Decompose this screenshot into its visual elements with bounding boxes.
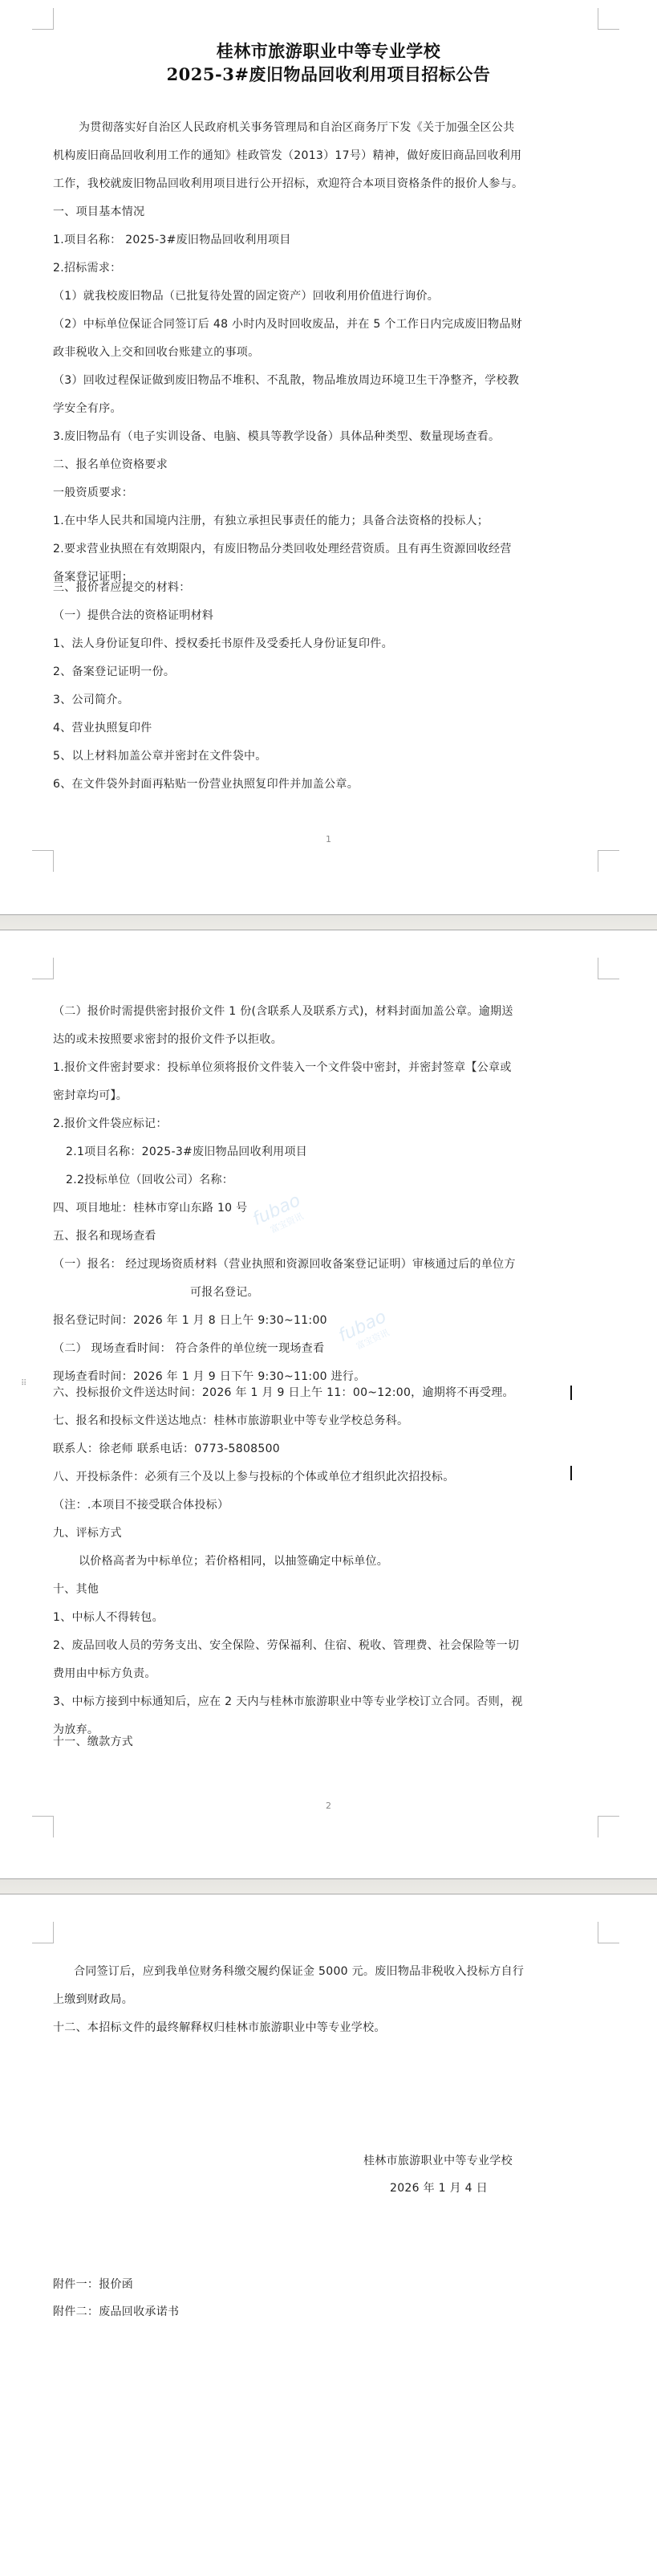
page-corner-mark xyxy=(598,1922,619,1943)
page-separator xyxy=(0,914,657,930)
page-corner-mark xyxy=(598,850,619,872)
section-heading: 一、项目基本情况 xyxy=(53,204,598,220)
paragraph: 政非税收入上交和回收台账建立的事项。 xyxy=(53,344,598,360)
paragraph: 学安全有序。 xyxy=(53,401,598,417)
contact-info: 联系人：徐老师 联系电话：0773-5808500 xyxy=(53,1441,598,1457)
list-item: 1、法人身份证复印件、授权委托书原件及受委托人身份证复印件。 xyxy=(53,636,598,652)
list-item: 6、在文件袋外封面再粘贴一份营业执照复印件并加盖公章。 xyxy=(53,776,598,792)
list-item: 4、营业执照复印件 xyxy=(53,720,598,736)
paragraph: 密封章均可】。 xyxy=(53,1088,598,1104)
paragraph: （一）报名： 经过现场资质材料（营业执照和资源回收备案登记证明）审核通过后的单位… xyxy=(53,1256,598,1272)
list-item: 1、中标人不得转包。 xyxy=(53,1609,598,1626)
page-number: 2 xyxy=(0,1801,657,1811)
list-item: 3、公司简介。 xyxy=(53,692,598,708)
paragraph: 上缴到财政局。 xyxy=(53,1992,598,2008)
site-visit-time: 现场查看时间：2026 年 1 月 9 日下午 9:30~11:00 进行。 xyxy=(53,1369,598,1385)
document-title-line-1: 桂林市旅游职业中等专业学校 xyxy=(0,40,657,63)
paragraph: 2.要求营业执照在有效期限内，有废旧物品分类回收处理经营资质。且有再生资源回收经… xyxy=(53,541,598,557)
paragraph: 1.项目名称： 2025-3#废旧物品回收利用项目 xyxy=(53,232,598,248)
page-separator xyxy=(0,1878,657,1894)
list-item: 费用由中标方负责。 xyxy=(53,1666,598,1682)
signature-org: 桂林市旅游职业中等专业学校 xyxy=(363,2153,572,2169)
section-heading: 六、投标报价文件送达时间：2026 年 1 月 9 日上午 11：00~12:0… xyxy=(53,1385,598,1401)
page-corner-mark xyxy=(32,958,54,979)
list-item: 2、备案登记证明一份。 xyxy=(53,664,598,680)
section-heading: 五、报名和现场查看 xyxy=(53,1228,598,1244)
page-corner-mark xyxy=(598,8,619,30)
paragraph: 以价格高者为中标单位；若价格相同，以抽签确定中标单位。 xyxy=(79,1553,624,1569)
paragraph: （二） 现场查看时间： 符合条件的单位统一现场查看 xyxy=(53,1341,598,1357)
paragraph: （1）就我校废旧物品（已批复待处置的固定资产）回收利用价值进行询价。 xyxy=(53,288,598,304)
paragraph: 合同签订后，应到我单位财务科缴交履约保证金 5000 元。废旧物品非税收入投标方… xyxy=(74,1964,619,1980)
intro-paragraph: 工作，我校就废旧物品回收利用项目进行公开招标，欢迎符合本项目资格条件的报价人参与… xyxy=(53,176,598,192)
page-corner-mark xyxy=(32,1816,54,1837)
paragraph: （二）报价时需提供密封报价文件 1 份(含联系人及联系方式)，材料封面加盖公章。… xyxy=(53,1003,598,1019)
section-heading: 七、报名和投标文件送达地点：桂林市旅游职业中等专业学校总务科。 xyxy=(53,1413,598,1429)
page-corner-mark xyxy=(32,850,54,872)
section-heading: 八、开投标条件：必须有三个及以上参与投标的个体或单位才组织此次招投标。 xyxy=(53,1469,598,1485)
signature-date: 2026 年 1 月 4 日 xyxy=(390,2180,550,2196)
page-corner-mark xyxy=(32,8,54,30)
page-3: 合同签订后，应到我单位财务科缴交履约保证金 5000 元。废旧物品非税收入投标方… xyxy=(0,1894,657,2576)
section-heading: 二、报名单位资格要求 xyxy=(53,457,598,473)
attachment-1: 附件一：报价函 xyxy=(53,2277,598,2293)
text-cursor xyxy=(570,1386,572,1400)
paragraph: （3）回收过程保证做到废旧物品不堆积、不乱散，物品堆放周边环境卫生干净整齐，学校… xyxy=(53,372,598,389)
section-heading: 十、其他 xyxy=(53,1581,598,1597)
document-title-line-2: 2025-3#废旧物品回收利用项目招标公告 xyxy=(0,63,657,86)
page-corner-mark xyxy=(32,1922,54,1943)
paragraph: 2.报价文件袋应标记： xyxy=(53,1116,598,1132)
list-item: 5、以上材料加盖公章并密封在文件袋中。 xyxy=(53,748,598,764)
intro-paragraph: 机构废旧商品回收利用工作的通知》桂政管发（2013）17号）精神，做好废旧商品回… xyxy=(53,148,598,164)
paragraph: 1.在中华人民共和国境内注册，有独立承担民事责任的能力；具备合法资格的投标人； xyxy=(53,513,598,529)
page-1: 桂林市旅游职业中等专业学校 2025-3#废旧物品回收利用项目招标公告 为贯彻落… xyxy=(0,0,657,914)
page-2: （二）报价时需提供密封报价文件 1 份(含联系人及联系方式)，材料封面加盖公章。… xyxy=(0,930,657,1878)
drag-handle-icon[interactable]: ⠿ xyxy=(21,1382,27,1386)
paragraph: （注：.本项目不接受联合体投标） xyxy=(53,1497,598,1513)
paragraph: 1.报价文件密封要求：投标单位须将报价文件装入一个文件袋中密封，并密封签章【公章… xyxy=(53,1060,598,1076)
section-heading: 十二、本招标文件的最终解释权归桂林市旅游职业中等专业学校。 xyxy=(53,2020,598,2036)
paragraph: 一般资质要求： xyxy=(53,485,598,501)
page-number: 1 xyxy=(0,834,657,844)
paragraph: 可报名登记。 xyxy=(190,1284,657,1300)
registration-time: 报名登记时间：2026 年 1 月 8 日上午 9:30~11:00 xyxy=(53,1312,598,1329)
section-heading: 九、评标方式 xyxy=(53,1525,598,1541)
paragraph: 3.废旧物品有（电子实训设备、电脑、模具等教学设备）具体品种类型、数量现场查看。 xyxy=(53,429,598,445)
section-heading: 四、项目地址：桂林市穿山东路 10 号 xyxy=(53,1200,598,1216)
section-heading: 十一、缴款方式 xyxy=(53,1734,598,1750)
list-item: 3、中标方接到中标通知后，应在 2 天内与桂林市旅游职业中等专业学校订立合同。否… xyxy=(53,1694,598,1710)
page-corner-mark xyxy=(598,1816,619,1837)
paragraph: 2.招标需求： xyxy=(53,260,598,276)
section-heading: 三、报价者应提交的材料： xyxy=(53,580,598,596)
paragraph: 达的或未按照要求密封的报价文件予以拒收。 xyxy=(53,1032,598,1048)
paragraph: 2.1项目名称：2025-3#废旧物品回收利用项目 xyxy=(66,1144,611,1160)
page-corner-mark xyxy=(598,958,619,979)
intro-paragraph: 为贯彻落实好自治区人民政府机关事务管理局和自治区商务厅下发《关于加强全区公共 xyxy=(79,120,624,136)
paragraph: （一）提供合法的资格证明材料 xyxy=(53,608,598,624)
paragraph: 2.2投标单位（回收公司）名称： xyxy=(66,1172,611,1188)
list-item: 2、废品回收人员的劳务支出、安全保险、劳保福利、住宿、税收、管理费、社会保险等一… xyxy=(53,1638,598,1654)
attachment-2: 附件二：废品回收承诺书 xyxy=(53,2304,598,2320)
paragraph: （2）中标单位保证合同签订后 48 小时内及时回收废品，并在 5 个工作日内完成… xyxy=(53,316,598,332)
